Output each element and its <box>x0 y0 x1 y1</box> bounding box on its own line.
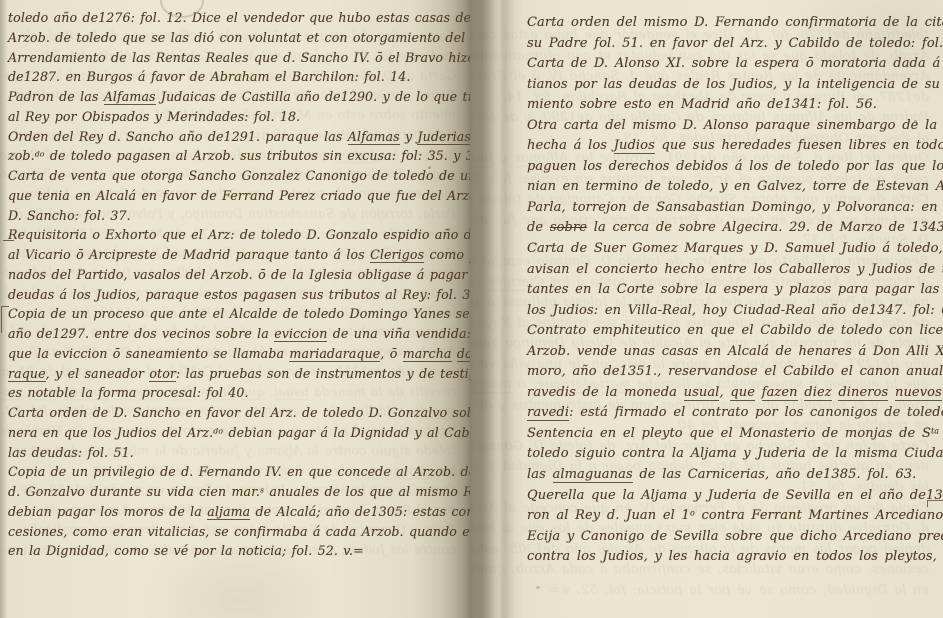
manuscript-line: nian en termino de toledo, y en Galvez, … <box>527 177 939 198</box>
manuscript-line: Carta orden del mismo D. Fernando confir… <box>527 13 939 34</box>
manuscript-line: Parla, torrejon de Sansabastian Domingo,… <box>527 198 939 219</box>
paper-speck <box>536 586 540 589</box>
manuscript-line: los Judios: en Villa-Real, hoy Ciudad-Re… <box>527 301 939 322</box>
paper-speck <box>428 166 431 169</box>
manuscript-line: año de1297. entre dos vecinos sobre la e… <box>8 324 458 344</box>
manuscript-line: es notable la forma procesal: fol 40. <box>8 383 458 403</box>
manuscript-line: las almaguanas de las Carnicerias, año d… <box>527 465 939 486</box>
manuscript-line: ravedis de la moneda usual, que fazen di… <box>527 383 939 404</box>
manuscript-line: toledo año de1276: fol. 12. Dice el vend… <box>8 8 458 28</box>
manuscript-line: de sobre la cerca de sobre Algecira. 29.… <box>527 218 939 239</box>
manuscript-line: Sentencia en el pleyto que el Monasterio… <box>527 424 939 445</box>
manuscript-line: raque, y el saneador otor: las pruebas s… <box>8 364 458 384</box>
manuscript-line: d. Gonzalvo durante su vida cien mar.s a… <box>8 482 458 502</box>
manuscript-line: de1287. en Burgos á favor de Abraham el … <box>8 67 458 87</box>
manuscript-line: Arrendamiento de las Rentas Reales que d… <box>8 48 458 68</box>
manuscript-line: Carta de venta que otorga Sancho Gonzale… <box>8 166 458 186</box>
manuscript-line: tantes en la Corte sobre la espera y pla… <box>527 280 939 301</box>
manuscript-line: Padron de las Alfamas Judaicas de Castil… <box>8 87 458 107</box>
manuscript-line: Carta de D. Alonso XI. sobre la espera ō… <box>527 54 939 75</box>
manuscript-line: Otra carta del mismo D. Alonso paraque s… <box>527 116 939 137</box>
manuscript-line: nados del Partido, vasalos del Arzob. ō … <box>8 265 458 285</box>
manuscript-line: Querella que la Aljama y Juderia de Sevi… <box>527 486 939 507</box>
manuscript-line: Copia de un proceso que ante el Alcalde … <box>8 304 458 324</box>
manuscript-text-right: Carta orden del mismo D. Fernando confir… <box>527 13 939 568</box>
manuscript-line: toledo siguio contra la Aljama y Juderia… <box>527 444 939 465</box>
manuscript-line: miento sobre esto en Madrid año de1341: … <box>527 95 939 116</box>
manuscript-line: las deudas: fol. 51. <box>8 443 458 463</box>
manuscript-line: al Rey por Obispados y Merindades: fol. … <box>8 107 458 127</box>
manuscript-line: nera en que los Judios del Arz.do debian… <box>8 423 458 443</box>
manuscript-line: Copia de un privilegio de d. Fernando IV… <box>8 462 458 482</box>
manuscript-page-left: Carta orden del mismo D. Fernando confir… <box>0 0 470 618</box>
manuscript-line: avisan el concierto hecho entre los Caba… <box>527 260 939 281</box>
manuscript-line: hecha á los Judios que sus heredades fue… <box>527 136 939 157</box>
manuscript-spread: Carta orden del mismo D. Fernando confir… <box>0 0 943 618</box>
manuscript-line: moro, año de1351., reservandose el Cabil… <box>527 362 939 383</box>
manuscript-line: que la eviccion ō saneamiento se llamaba… <box>8 344 458 364</box>
manuscript-line: al Vicario ō Arcipreste de Madrid paraqu… <box>8 245 458 265</box>
manuscript-line: Arzob. vende unas casas en Alcalá de hen… <box>527 342 939 363</box>
manuscript-line: Carta orden de D. Sancho en favor del Ar… <box>8 403 458 423</box>
manuscript-line: Requisitoria o Exhorto que el Arz: de to… <box>8 225 458 245</box>
paper-speck <box>914 120 917 122</box>
manuscript-line: Carta de Suer Gomez Marques y D. Samuel … <box>527 239 939 260</box>
manuscript-page-right: toledo año de1276: fol. 12. Dice el vend… <box>470 0 943 618</box>
manuscript-text-left: toledo año de1276: fol. 12. Dice el vend… <box>8 8 458 561</box>
manuscript-line: Arzob. de toledo que se las dió con volu… <box>8 28 458 48</box>
manuscript-line: Orden del Rey d. Sancho año de1291. para… <box>8 127 458 147</box>
manuscript-line: debian pagar los moros de la aljama de A… <box>8 502 458 522</box>
manuscript-line: Ecija y Canonigo de Sevilla sobre que di… <box>527 527 939 548</box>
manuscript-line: en la Dignidad, como se vé por la notici… <box>517 581 929 602</box>
manuscript-line: contra los Judios, y les hacia agravio e… <box>527 547 939 568</box>
manuscript-line: que tenia en Alcalá en favor de Ferrand … <box>8 186 458 206</box>
manuscript-line: cesiones, como eran vitalicias, se confi… <box>8 522 458 542</box>
manuscript-line: deudas á los Judios, paraque estos pagas… <box>8 285 458 305</box>
manuscript-line: D. Sancho: fol. 37. <box>8 206 458 226</box>
manuscript-line: su Padre fol. 51. en favor del Arz. y Ca… <box>527 34 939 55</box>
manuscript-line: ravedi: está firmado el contrato por los… <box>527 403 939 424</box>
manuscript-line: paguen los derechos debidos á los de tol… <box>527 157 939 178</box>
manuscript-line: tianos por las deudas de los Judios, y l… <box>527 75 939 96</box>
manuscript-line: zob.do de toledo pagasen al Arzob. sus t… <box>8 146 458 166</box>
manuscript-line: en la Dignidad, como se vé por la notici… <box>8 541 458 561</box>
manuscript-line: Contrato emphiteutico en que el Cabildo … <box>527 321 939 342</box>
manuscript-line: ron al Rey d. Juan el 1o contra Ferrant … <box>527 506 939 527</box>
